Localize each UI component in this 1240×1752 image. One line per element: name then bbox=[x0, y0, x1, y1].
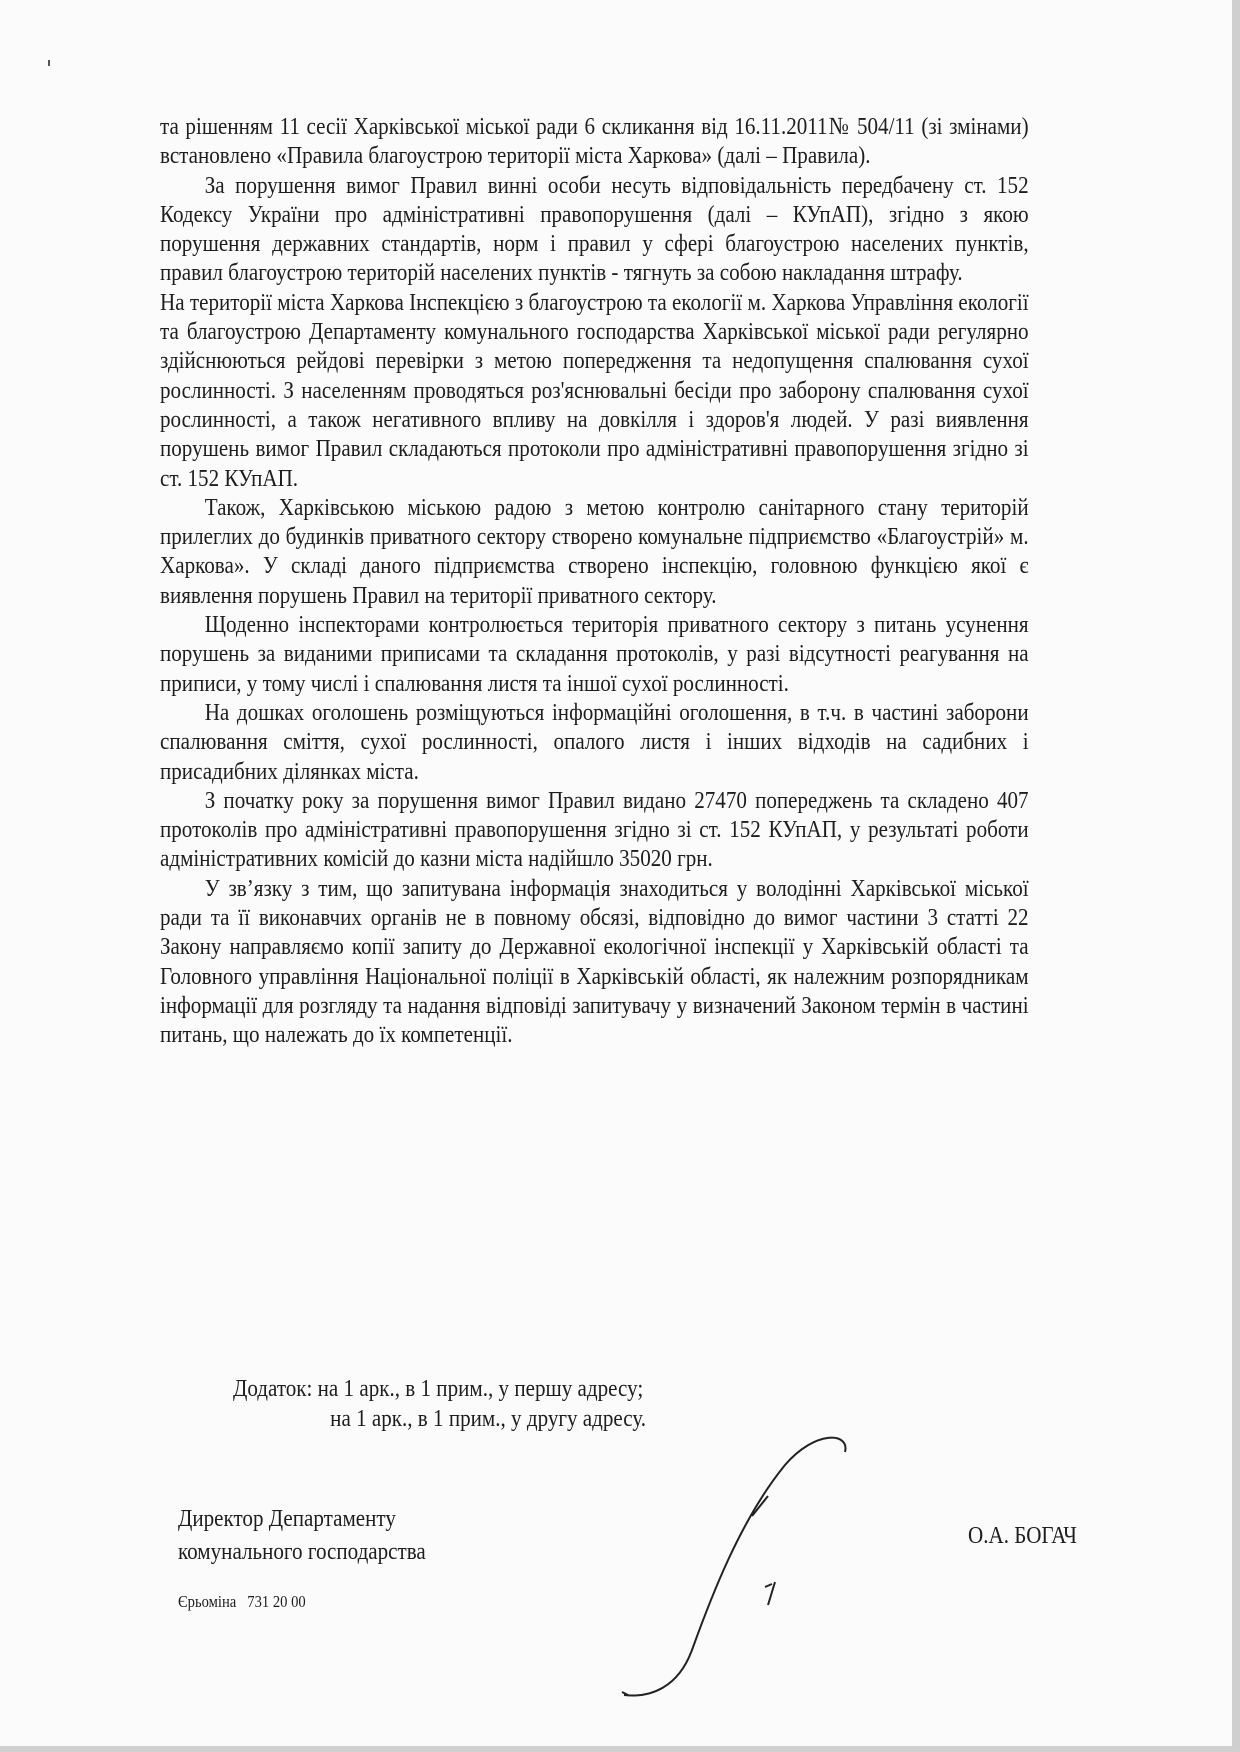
handwritten-signature bbox=[600, 1430, 860, 1710]
paragraph-1: та рішенням 11 сесії Харківської міської… bbox=[160, 112, 1029, 171]
executor-phone: 731 20 00 bbox=[247, 1592, 305, 1611]
signer-name: О.А. БОГАЧ bbox=[968, 1522, 1077, 1550]
signer-title-line-2: комунального господарства bbox=[178, 1535, 426, 1568]
paragraph-7: З початку року за порушення вимог Правил… bbox=[160, 786, 1029, 874]
letter-body: та рішенням 11 сесії Харківської міської… bbox=[160, 112, 1029, 1050]
paragraph-6: На дошках оголошень розміщуються інформа… bbox=[160, 698, 1029, 786]
paragraph-3: На території міста Харкова Інспекцією з … bbox=[160, 288, 1029, 493]
executor-name: Єрьоміна bbox=[178, 1592, 236, 1611]
executor-info: Єрьоміна 731 20 00 bbox=[178, 1592, 306, 1612]
annex-line-1: Додаток: на 1 арк., в 1 прим., у першу а… bbox=[233, 1374, 646, 1404]
scan-edge-right bbox=[1232, 0, 1240, 1752]
scan-edge-bottom bbox=[0, 1746, 1240, 1752]
paragraph-4: Також, Харківською міською радою з метою… bbox=[160, 493, 1029, 610]
annex-line-2: на 1 арк., в 1 прим., у другу адресу. bbox=[233, 1404, 646, 1434]
paragraph-2: За порушення вимог Правил винні особи не… bbox=[160, 171, 1029, 288]
signer-title-line-1: Директор Департаменту bbox=[178, 1502, 426, 1535]
signer-title: Директор Департаменту комунального госпо… bbox=[178, 1502, 426, 1568]
scan-speck bbox=[48, 60, 50, 66]
paragraph-5: Щоденно інспекторами контролюється терит… bbox=[160, 610, 1029, 698]
annex: Додаток: на 1 арк., в 1 прим., у першу а… bbox=[233, 1374, 646, 1434]
paragraph-8: У зв’язку з тим, що запитувана інформаці… bbox=[160, 874, 1029, 1050]
